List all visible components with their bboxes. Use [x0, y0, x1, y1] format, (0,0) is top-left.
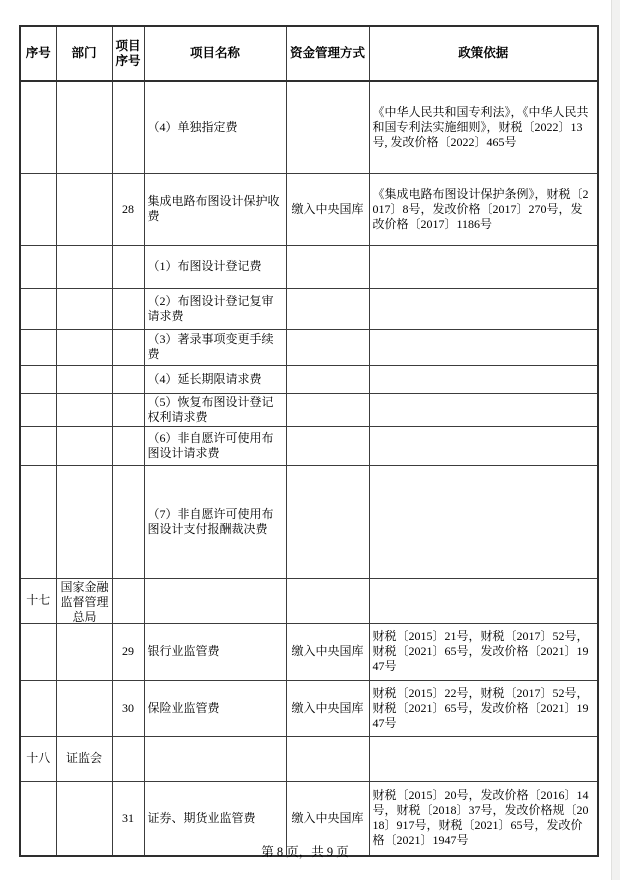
cell-department	[56, 426, 112, 465]
cell-item-name	[144, 736, 286, 781]
cell-fund-mode: 缴入中央国库	[286, 173, 369, 245]
cell-fund-mode	[286, 365, 369, 393]
cell-item-no	[112, 465, 144, 578]
cell-fund-mode	[286, 426, 369, 465]
cell-department	[56, 393, 112, 426]
cell-item-name: （7）非自愿许可使用布图设计支付报酬裁决费	[144, 465, 286, 578]
table-row: （7）非自愿许可使用布图设计支付报酬裁决费	[20, 465, 598, 578]
cell-item-name: 集成电路布图设计保护收费	[144, 173, 286, 245]
col-header-item-name: 项目名称	[144, 26, 286, 81]
table-row: （4）延长期限请求费	[20, 365, 598, 393]
cell-item-no	[112, 245, 144, 288]
cell-item-no	[112, 736, 144, 781]
table-row: （5）恢复布图设计登记权利请求费	[20, 393, 598, 426]
cell-policy	[369, 245, 598, 288]
cell-index	[20, 426, 56, 465]
cell-index	[20, 680, 56, 736]
table-row: 30 保险业监管费 缴入中央国库 财税〔2015〕22号，财税〔2017〕52号…	[20, 680, 598, 736]
cell-policy	[369, 288, 598, 329]
cell-item-no	[112, 81, 144, 173]
cell-department	[56, 365, 112, 393]
table-row: 28 集成电路布图设计保护收费 缴入中央国库 《集成电路布图设计保护条例》，财税…	[20, 173, 598, 245]
cell-item-name: （2）布图设计登记复审请求费	[144, 288, 286, 329]
document-page: 序号 部门 项目序号 项目名称 资金管理方式 政策依据 （4）单独指定费 《中华…	[0, 0, 620, 880]
cell-item-name	[144, 578, 286, 623]
cell-department	[56, 623, 112, 680]
cell-index	[20, 465, 56, 578]
cell-index: 十七	[20, 578, 56, 623]
table-row: （6）非自愿许可使用布图设计请求费	[20, 426, 598, 465]
cell-department	[56, 680, 112, 736]
cell-policy: 财税〔2015〕22号，财税〔2017〕52号，财税〔2021〕65号，发改价格…	[369, 680, 598, 736]
cell-item-name: （5）恢复布图设计登记权利请求费	[144, 393, 286, 426]
cell-policy	[369, 393, 598, 426]
table-header-row: 序号 部门 项目序号 项目名称 资金管理方式 政策依据	[20, 26, 598, 81]
col-header-fund-mode: 资金管理方式	[286, 26, 369, 81]
table-row: （1）布图设计登记费	[20, 245, 598, 288]
table-row: （3）著录事项变更手续费	[20, 329, 598, 365]
cell-item-no: 29	[112, 623, 144, 680]
cell-item-name: （1）布图设计登记费	[144, 245, 286, 288]
cell-item-name: 证券、期货业监管费	[144, 781, 286, 856]
cell-policy	[369, 329, 598, 365]
table-row: （2）布图设计登记复审请求费	[20, 288, 598, 329]
cell-fund-mode	[286, 81, 369, 173]
cell-index	[20, 81, 56, 173]
cell-policy	[369, 365, 598, 393]
cell-item-no	[112, 393, 144, 426]
scrollbar-track[interactable]	[611, 0, 620, 880]
table-row: 十八 证监会	[20, 736, 598, 781]
cell-item-name: （4）延长期限请求费	[144, 365, 286, 393]
cell-fund-mode	[286, 245, 369, 288]
department-text-clipped: 国家金融监督管理总局	[60, 580, 110, 622]
cell-fund-mode: 缴入中央国库	[286, 623, 369, 680]
cell-department	[56, 81, 112, 173]
table-row: 十七 国家金融监督管理总局	[20, 578, 598, 623]
cell-index	[20, 329, 56, 365]
cell-department	[56, 245, 112, 288]
cell-fund-mode: 缴入中央国库	[286, 781, 369, 856]
cell-department	[56, 329, 112, 365]
cell-fund-mode: 缴入中央国库	[286, 680, 369, 736]
cell-department	[56, 781, 112, 856]
col-header-policy: 政策依据	[369, 26, 598, 81]
cell-index: 十八	[20, 736, 56, 781]
cell-item-no	[112, 426, 144, 465]
cell-index	[20, 173, 56, 245]
cell-policy	[369, 736, 598, 781]
table-row: 29 银行业监管费 缴入中央国库 财税〔2015〕21号，财税〔2017〕52号…	[20, 623, 598, 680]
cell-item-no	[112, 288, 144, 329]
cell-policy: 财税〔2015〕20号，发改价格〔2016〕14号，财税〔2018〕37号，发改…	[369, 781, 598, 856]
cell-item-no: 28	[112, 173, 144, 245]
col-header-index: 序号	[20, 26, 56, 81]
table-row: （4）单独指定费 《中华人民共和国专利法》，《中华人民共和国专利法实施细则》，财…	[20, 81, 598, 173]
cell-item-name: 银行业监管费	[144, 623, 286, 680]
col-header-department: 部门	[56, 26, 112, 81]
cell-index	[20, 623, 56, 680]
cell-fund-mode	[286, 329, 369, 365]
cell-fund-mode	[286, 288, 369, 329]
cell-department	[56, 288, 112, 329]
cell-item-no	[112, 578, 144, 623]
cell-policy: 财税〔2015〕21号，财税〔2017〕52号，财税〔2021〕65号，发改价格…	[369, 623, 598, 680]
cell-item-name: （6）非自愿许可使用布图设计请求费	[144, 426, 286, 465]
cell-policy: 《中华人民共和国专利法》，《中华人民共和国专利法实施细则》，财税〔2022〕13…	[369, 81, 598, 173]
col-header-item-no: 项目序号	[112, 26, 144, 81]
cell-department	[56, 465, 112, 578]
cell-index	[20, 245, 56, 288]
cell-fund-mode	[286, 578, 369, 623]
cell-policy: 《集成电路布图设计保护条例》，财税〔2017〕8号，发改价格〔2017〕270号…	[369, 173, 598, 245]
table-row: 31 证券、期货业监管费 缴入中央国库 财税〔2015〕20号，发改价格〔201…	[20, 781, 598, 856]
cell-item-no: 30	[112, 680, 144, 736]
cell-item-name: （4）单独指定费	[144, 81, 286, 173]
cell-department: 国家金融监督管理总局	[56, 578, 112, 623]
cell-index	[20, 393, 56, 426]
cell-item-name: 保险业监管费	[144, 680, 286, 736]
cell-item-no: 31	[112, 781, 144, 856]
cell-fund-mode	[286, 465, 369, 578]
cell-department: 证监会	[56, 736, 112, 781]
cell-department	[56, 173, 112, 245]
cell-item-no	[112, 329, 144, 365]
cell-policy	[369, 578, 598, 623]
cell-index	[20, 288, 56, 329]
cell-policy	[369, 426, 598, 465]
cell-index	[20, 365, 56, 393]
cell-item-no	[112, 365, 144, 393]
cell-policy	[369, 465, 598, 578]
cell-fund-mode	[286, 393, 369, 426]
cell-index	[20, 781, 56, 856]
fee-catalog-table: 序号 部门 项目序号 项目名称 资金管理方式 政策依据 （4）单独指定费 《中华…	[19, 25, 599, 857]
cell-fund-mode	[286, 736, 369, 781]
cell-item-name: （3）著录事项变更手续费	[144, 329, 286, 365]
